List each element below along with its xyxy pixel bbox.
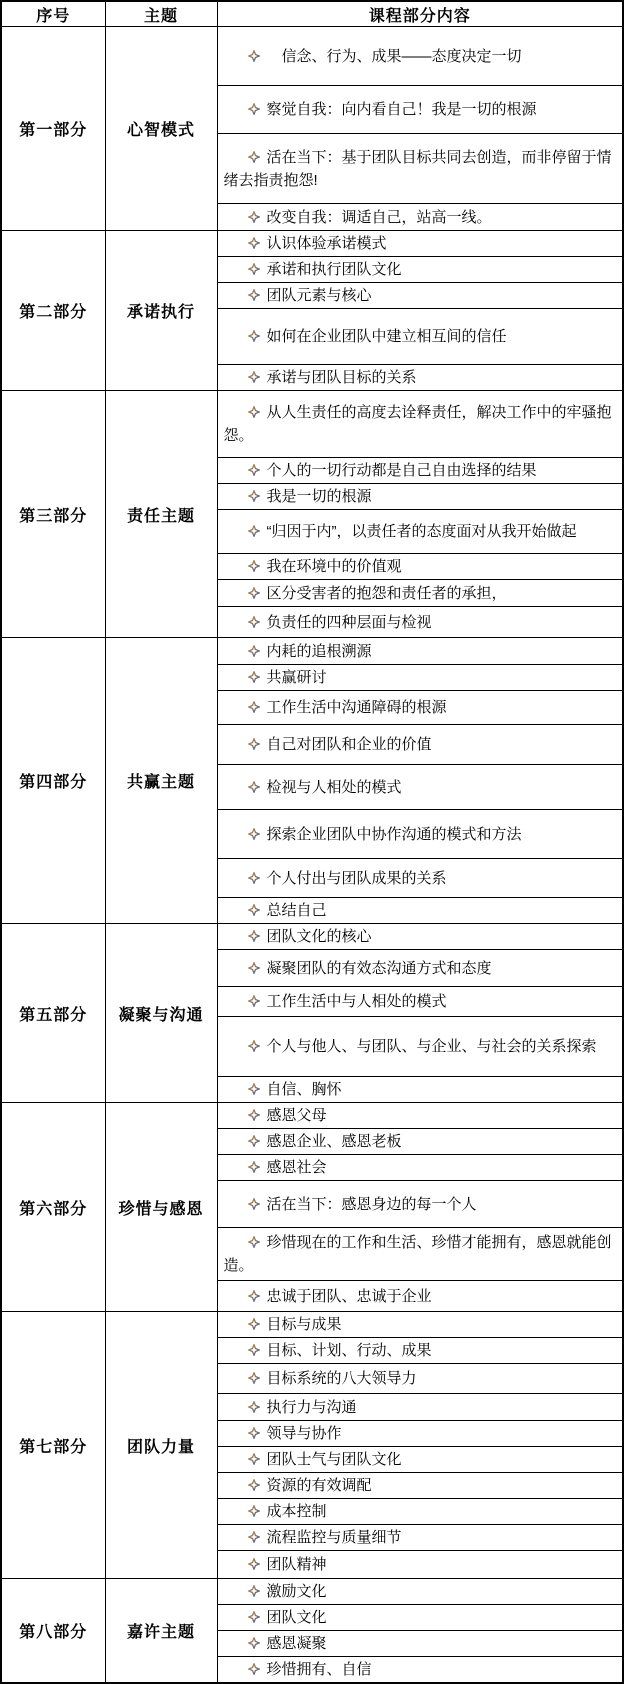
course-item: 信念、行为、成果——态度决定一切 xyxy=(218,44,623,69)
section-theme-cell: 凝聚与沟通 xyxy=(105,924,217,1103)
section-theme-cell: 嘉许主题 xyxy=(105,1579,217,1684)
course-item: 承诺与团队目标的关系 xyxy=(218,365,623,390)
course-item: 改变自我：调适自己，站高一线。 xyxy=(218,205,623,230)
section-theme-cell: 共赢主题 xyxy=(105,638,217,924)
section-number-cell: 第三部分 xyxy=(1,391,105,638)
course-item-text: 认识体验承诺模式 xyxy=(267,235,387,252)
course-item-text: 工作生活中沟通障碍的根源 xyxy=(267,699,447,716)
course-item-cell: 领导与协作 xyxy=(217,1421,623,1447)
course-item-cell: 自己对团队和企业的价值 xyxy=(217,725,623,765)
course-item-text: 忠诚于团队、忠诚于企业 xyxy=(267,1288,432,1305)
diamond-bullet-icon xyxy=(248,1372,260,1384)
course-item: 如何在企业团队中建立相互间的信任 xyxy=(218,324,623,349)
diamond-bullet-icon xyxy=(248,1585,260,1597)
course-item-text: 我是一切的根源 xyxy=(267,488,372,505)
diamond-bullet-icon xyxy=(248,828,260,840)
course-item-cell: 总结自己 xyxy=(217,898,623,924)
course-item-row: 第三部分责任主题从人生责任的高度去诠释责任，解决工作中的牢骚抱怨。 xyxy=(1,391,623,458)
diamond-bullet-icon xyxy=(248,1083,260,1095)
course-item: 认识体验承诺模式 xyxy=(218,231,623,256)
diamond-bullet-icon xyxy=(248,560,260,572)
course-item: 区分受害者的抱怨和责任者的承担， xyxy=(218,581,623,606)
course-item-row: 第六部分珍惜与感恩感恩父母 xyxy=(1,1103,623,1129)
diamond-bullet-icon xyxy=(248,406,260,418)
course-item: 目标系统的八大领导力 xyxy=(218,1366,623,1391)
diamond-bullet-icon xyxy=(248,701,260,713)
section-theme-cell: 责任主题 xyxy=(105,391,217,638)
course-item: 工作生活中与人相处的模式 xyxy=(218,989,623,1014)
course-item: 内耗的追根溯源 xyxy=(218,639,623,664)
diamond-bullet-icon xyxy=(248,1663,260,1675)
course-item-cell: 活在当下：感恩身边的每一个人 xyxy=(217,1181,623,1228)
diamond-bullet-icon xyxy=(248,211,260,223)
course-item: 成本控制 xyxy=(218,1499,623,1524)
table-body: 第一部分心智模式 信念、行为、成果——态度决定一切察觉自我：向内看自己！我是一切… xyxy=(1,27,623,1684)
diamond-bullet-icon xyxy=(248,781,260,793)
course-item: 我在环境中的价值观 xyxy=(218,554,623,579)
course-item-cell: 个人的一切行动都是自己自由选择的结果 xyxy=(217,458,623,484)
course-item-cell: 工作生活中沟通障碍的根源 xyxy=(217,691,623,725)
course-item: 团队文化的核心 xyxy=(218,924,623,949)
course-item-row: 第五部分凝聚与沟通团队文化的核心 xyxy=(1,924,623,950)
course-item-row: 第一部分心智模式 信念、行为、成果——态度决定一切 xyxy=(1,27,623,86)
course-item: 承诺和执行团队文化 xyxy=(218,257,623,282)
course-item-cell: 改变自我：调适自己，站高一线。 xyxy=(217,204,623,231)
course-item-cell: 自信、胸怀 xyxy=(217,1077,623,1103)
course-item: 忠诚于团队、忠诚于企业 xyxy=(218,1284,623,1309)
course-item-cell: 执行力与沟通 xyxy=(217,1394,623,1421)
diamond-bullet-icon xyxy=(248,1558,260,1570)
course-item-text: 改变自我：调适自己，站高一线。 xyxy=(267,209,492,226)
course-item: 目标与成果 xyxy=(218,1312,623,1337)
course-item-cell: 目标与成果 xyxy=(217,1312,623,1338)
course-item-cell: 信念、行为、成果——态度决定一切 xyxy=(217,27,623,86)
course-item-cell: 探索企业团队中协作沟通的模式和方法 xyxy=(217,810,623,859)
course-item-text: 珍惜现在的工作和生活、珍惜才能拥有，感恩就能创造。 xyxy=(224,1234,612,1274)
section-number-cell: 第七部分 xyxy=(1,1312,105,1579)
course-item-cell: 个人付出与团队成果的关系 xyxy=(217,859,623,898)
course-item: 检视与人相处的模式 xyxy=(218,775,623,800)
course-item-cell: 感恩企业、感恩老板 xyxy=(217,1129,623,1155)
course-item-cell: 内耗的追根溯源 xyxy=(217,638,623,665)
diamond-bullet-icon xyxy=(248,1135,260,1147)
course-item-text: 共赢研讨 xyxy=(267,669,327,686)
diamond-bullet-icon xyxy=(248,103,260,115)
diamond-bullet-icon xyxy=(248,151,260,163)
section-number-cell: 第六部分 xyxy=(1,1103,105,1312)
course-item-text: 激励文化 xyxy=(267,1583,327,1600)
diamond-bullet-icon xyxy=(248,1611,260,1623)
course-item-cell: 团队文化 xyxy=(217,1605,623,1631)
course-item-cell: 区分受害者的抱怨和责任者的承担， xyxy=(217,580,623,607)
diamond-bullet-icon xyxy=(248,904,260,916)
course-item: 从人生责任的高度去诠释责任，解决工作中的牢骚抱怨。 xyxy=(218,400,623,448)
course-item-text: 工作生活中与人相处的模式 xyxy=(267,993,447,1010)
diamond-bullet-icon xyxy=(248,587,260,599)
diamond-bullet-icon xyxy=(248,371,260,383)
diamond-bullet-icon xyxy=(248,1401,260,1413)
course-item: 活在当下：基于团队目标共同去创造，而非停留于情绪去指责抱怨! xyxy=(218,145,623,193)
course-item-text: 负责任的四种层面与检视 xyxy=(267,614,432,631)
course-item-text: 我在环境中的价值观 xyxy=(267,558,402,575)
course-item-cell: 成本控制 xyxy=(217,1499,623,1525)
course-item: 团队士气与团队文化 xyxy=(218,1447,623,1472)
diamond-bullet-icon xyxy=(248,645,260,657)
course-item-cell: 认识体验承诺模式 xyxy=(217,231,623,257)
course-item-text: 承诺与团队目标的关系 xyxy=(267,369,417,386)
section-number-cell: 第二部分 xyxy=(1,231,105,391)
course-item: 个人与他人、与团队、与企业、与社会的关系探索 xyxy=(218,1034,623,1059)
course-item-text: 活在当下：感恩身边的每一个人 xyxy=(267,1196,477,1213)
course-item: 自己对团队和企业的价值 xyxy=(218,732,623,757)
course-item-cell: 珍惜现在的工作和生活、珍惜才能拥有，感恩就能创造。 xyxy=(217,1228,623,1281)
course-item-cell: 凝聚团队的有效态沟通方式和态度 xyxy=(217,950,623,987)
diamond-bullet-icon xyxy=(248,738,260,750)
course-item-text: 感恩凝聚 xyxy=(267,1635,327,1652)
course-item: 资源的有效调配 xyxy=(218,1473,623,1498)
diamond-bullet-icon xyxy=(248,1505,260,1517)
course-item-cell: 我在环境中的价值观 xyxy=(217,554,623,580)
course-item-text: 目标系统的八大领导力 xyxy=(267,1370,417,1387)
course-item: “归因于内”，以责任者的态度面对从我开始做起 xyxy=(218,519,623,544)
header-row: 序号 主题 课程部分内容 xyxy=(1,1,623,27)
course-item-text: 资源的有效调配 xyxy=(267,1477,372,1494)
diamond-bullet-icon xyxy=(248,464,260,476)
course-item-text: 活在当下：基于团队目标共同去创造，而非停留于情绪去指责抱怨! xyxy=(224,149,612,189)
course-item: 目标、计划、行动、成果 xyxy=(218,1338,623,1363)
header-cell-content: 课程部分内容 xyxy=(217,1,623,27)
course-item-cell: 目标系统的八大领导力 xyxy=(217,1364,623,1394)
section-number-cell: 第一部分 xyxy=(1,27,105,231)
course-item-text: 感恩社会 xyxy=(267,1159,327,1176)
course-item-text: 个人付出与团队成果的关系 xyxy=(267,870,447,887)
course-item-text: 团队精神 xyxy=(267,1556,327,1573)
course-item-text: 凝聚团队的有效态沟通方式和态度 xyxy=(267,960,492,977)
diamond-bullet-icon xyxy=(248,616,260,628)
course-item: 凝聚团队的有效态沟通方式和态度 xyxy=(218,956,623,981)
course-item-text: 内耗的追根溯源 xyxy=(267,643,372,660)
course-item-text: 感恩父母 xyxy=(267,1107,327,1124)
course-item-text: 团队文化的核心 xyxy=(267,928,372,945)
course-item-cell: 共赢研讨 xyxy=(217,665,623,691)
course-item: 执行力与沟通 xyxy=(218,1395,623,1420)
course-item-text: 目标与成果 xyxy=(267,1316,342,1333)
course-item-text: 团队士气与团队文化 xyxy=(267,1451,402,1468)
header-cell-theme: 主题 xyxy=(105,1,217,27)
course-item-text: 总结自己 xyxy=(267,902,327,919)
diamond-bullet-icon xyxy=(248,1198,260,1210)
course-item-cell: 我是一切的根源 xyxy=(217,484,623,510)
course-item: 总结自己 xyxy=(218,898,623,923)
course-item: 共赢研讨 xyxy=(218,665,623,690)
course-item: 感恩社会 xyxy=(218,1155,623,1180)
diamond-bullet-icon xyxy=(248,1040,260,1052)
course-item-text: 信念、行为、成果——态度决定一切 xyxy=(267,48,522,65)
course-item-text: 检视与人相处的模式 xyxy=(267,779,402,796)
course-item-text: 自己对团队和企业的价值 xyxy=(267,736,432,753)
course-item-cell: 检视与人相处的模式 xyxy=(217,765,623,810)
course-item-text: 个人的一切行动都是自己自由选择的结果 xyxy=(267,462,537,479)
course-item-text: 珍惜拥有、自信 xyxy=(267,1661,372,1678)
course-item: 团队精神 xyxy=(218,1552,623,1577)
diamond-bullet-icon xyxy=(248,330,260,342)
course-item-cell: 团队士气与团队文化 xyxy=(217,1447,623,1473)
course-item: 个人的一切行动都是自己自由选择的结果 xyxy=(218,458,623,483)
course-item-cell: 团队元素与核心 xyxy=(217,283,623,309)
course-item-cell: “归因于内”，以责任者的态度面对从我开始做起 xyxy=(217,510,623,554)
course-item-cell: 目标、计划、行动、成果 xyxy=(217,1338,623,1364)
course-item: 激励文化 xyxy=(218,1579,623,1604)
course-item-text: 流程监控与质量细节 xyxy=(267,1529,402,1546)
course-item-cell: 个人与他人、与团队、与企业、与社会的关系探索 xyxy=(217,1017,623,1077)
diamond-bullet-icon xyxy=(248,289,260,301)
diamond-bullet-icon xyxy=(248,237,260,249)
course-item-text: “归因于内”，以责任者的态度面对从我开始做起 xyxy=(267,523,577,540)
course-item-cell: 察觉自我：向内看自己！我是一切的根源 xyxy=(217,86,623,134)
course-item-text: 团队文化 xyxy=(267,1609,327,1626)
diamond-bullet-icon xyxy=(248,1161,260,1173)
diamond-bullet-icon xyxy=(248,1531,260,1543)
course-item-row: 第二部分承诺执行认识体验承诺模式 xyxy=(1,231,623,257)
section-theme-cell: 团队力量 xyxy=(105,1312,217,1579)
course-item-row: 第七部分团队力量目标与成果 xyxy=(1,1312,623,1338)
course-item-cell: 激励文化 xyxy=(217,1579,623,1605)
header-cell-number: 序号 xyxy=(1,1,105,27)
section-theme-cell: 心智模式 xyxy=(105,27,217,231)
course-item-text: 从人生责任的高度去诠释责任，解决工作中的牢骚抱怨。 xyxy=(224,404,612,444)
course-item-cell: 感恩父母 xyxy=(217,1103,623,1129)
course-item-text: 成本控制 xyxy=(267,1503,327,1520)
section-number-cell: 第五部分 xyxy=(1,924,105,1103)
diamond-bullet-icon xyxy=(248,1453,260,1465)
course-item-cell: 工作生活中与人相处的模式 xyxy=(217,987,623,1017)
course-item: 活在当下：感恩身边的每一个人 xyxy=(218,1192,623,1217)
diamond-bullet-icon xyxy=(248,1318,260,1330)
diamond-bullet-icon xyxy=(248,1427,260,1439)
course-item-text: 执行力与沟通 xyxy=(267,1399,357,1416)
section-theme-cell: 承诺执行 xyxy=(105,231,217,391)
course-item-cell: 活在当下：基于团队目标共同去创造，而非停留于情绪去指责抱怨! xyxy=(217,134,623,204)
course-item: 流程监控与质量细节 xyxy=(218,1525,623,1550)
course-item-text: 感恩企业、感恩老板 xyxy=(267,1133,402,1150)
course-table: 序号 主题 课程部分内容 第一部分心智模式 信念、行为、成果——态度决定一切察觉… xyxy=(0,0,624,1684)
course-item: 感恩企业、感恩老板 xyxy=(218,1129,623,1154)
course-item-cell: 珍惜拥有、自信 xyxy=(217,1657,623,1684)
diamond-bullet-icon xyxy=(248,962,260,974)
course-item: 感恩父母 xyxy=(218,1103,623,1128)
course-item: 珍惜拥有、自信 xyxy=(218,1657,623,1682)
diamond-bullet-icon xyxy=(248,490,260,502)
course-item-cell: 承诺和执行团队文化 xyxy=(217,257,623,283)
diamond-bullet-icon xyxy=(248,1344,260,1356)
course-item: 工作生活中沟通障碍的根源 xyxy=(218,695,623,720)
course-item: 负责任的四种层面与检视 xyxy=(218,610,623,635)
course-item: 珍惜现在的工作和生活、珍惜才能拥有，感恩就能创造。 xyxy=(218,1230,623,1278)
course-item-text: 目标、计划、行动、成果 xyxy=(267,1342,432,1359)
diamond-bullet-icon xyxy=(248,50,260,62)
course-item-cell: 从人生责任的高度去诠释责任，解决工作中的牢骚抱怨。 xyxy=(217,391,623,458)
diamond-bullet-icon xyxy=(248,671,260,683)
course-item-row: 第四部分共赢主题内耗的追根溯源 xyxy=(1,638,623,665)
course-item-text: 团队元素与核心 xyxy=(267,287,372,304)
course-item-row: 第八部分嘉许主题激励文化 xyxy=(1,1579,623,1605)
diamond-bullet-icon xyxy=(248,930,260,942)
course-item-cell: 承诺与团队目标的关系 xyxy=(217,365,623,391)
diamond-bullet-icon xyxy=(248,263,260,275)
course-item-cell: 如何在企业团队中建立相互间的信任 xyxy=(217,309,623,365)
course-item: 探索企业团队中协作沟通的模式和方法 xyxy=(218,822,623,847)
course-item-cell: 团队文化的核心 xyxy=(217,924,623,950)
course-item-text: 承诺和执行团队文化 xyxy=(267,261,402,278)
diamond-bullet-icon xyxy=(248,995,260,1007)
course-item: 个人付出与团队成果的关系 xyxy=(218,866,623,891)
course-item-text: 区分受害者的抱怨和责任者的承担， xyxy=(267,585,507,602)
course-item: 感恩凝聚 xyxy=(218,1631,623,1656)
diamond-bullet-icon xyxy=(248,1236,260,1248)
course-item: 自信、胸怀 xyxy=(218,1077,623,1102)
course-item-text: 自信、胸怀 xyxy=(267,1081,342,1098)
diamond-bullet-icon xyxy=(248,1479,260,1491)
course-item-cell: 忠诚于团队、忠诚于企业 xyxy=(217,1281,623,1312)
diamond-bullet-icon xyxy=(248,1290,260,1302)
diamond-bullet-icon xyxy=(248,1637,260,1649)
course-item-cell: 团队精神 xyxy=(217,1551,623,1579)
section-number-cell: 第四部分 xyxy=(1,638,105,924)
course-item-cell: 负责任的四种层面与检视 xyxy=(217,607,623,638)
course-item: 团队文化 xyxy=(218,1605,623,1630)
course-item-text: 领导与协作 xyxy=(267,1425,342,1442)
course-item: 察觉自我：向内看自己！我是一切的根源 xyxy=(218,97,623,122)
course-item-text: 探索企业团队中协作沟通的模式和方法 xyxy=(267,826,522,843)
course-item-text: 个人与他人、与团队、与企业、与社会的关系探索 xyxy=(267,1038,597,1055)
course-outline-document: 序号 主题 课程部分内容 第一部分心智模式 信念、行为、成果——态度决定一切察觉… xyxy=(0,0,624,1684)
course-item-cell: 感恩凝聚 xyxy=(217,1631,623,1657)
course-item-cell: 感恩社会 xyxy=(217,1155,623,1181)
course-item-cell: 资源的有效调配 xyxy=(217,1473,623,1499)
course-item: 团队元素与核心 xyxy=(218,283,623,308)
course-item-cell: 流程监控与质量细节 xyxy=(217,1525,623,1551)
course-item-text: 如何在企业团队中建立相互间的信任 xyxy=(267,328,507,345)
table-header: 序号 主题 课程部分内容 xyxy=(1,1,623,27)
course-item-text: 察觉自我：向内看自己！我是一切的根源 xyxy=(267,101,537,118)
course-item: 领导与协作 xyxy=(218,1421,623,1446)
diamond-bullet-icon xyxy=(248,525,260,537)
diamond-bullet-icon xyxy=(248,1109,260,1121)
section-theme-cell: 珍惜与感恩 xyxy=(105,1103,217,1312)
diamond-bullet-icon xyxy=(248,872,260,884)
course-item: 我是一切的根源 xyxy=(218,484,623,509)
section-number-cell: 第八部分 xyxy=(1,1579,105,1684)
